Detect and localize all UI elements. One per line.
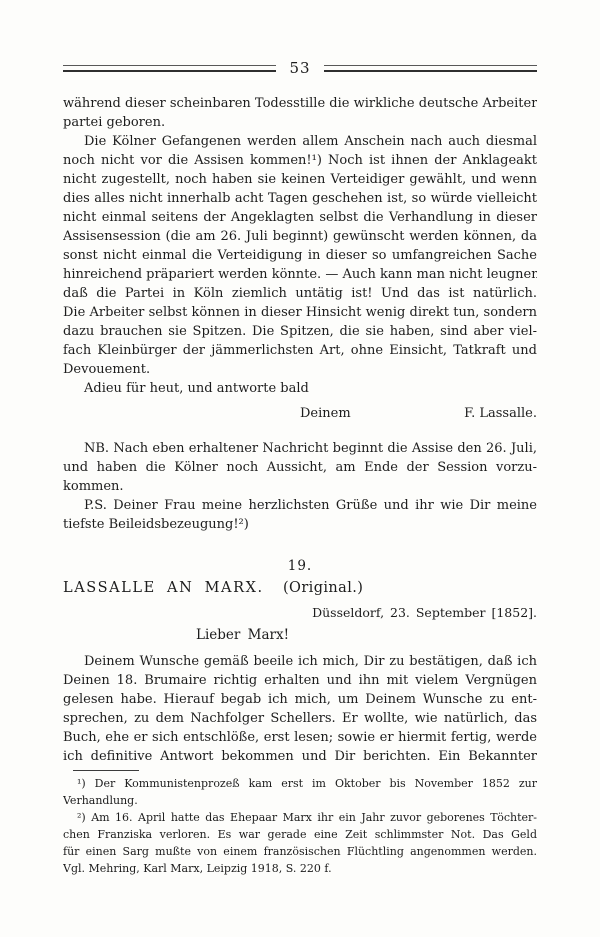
letter19-salutation: Lieber Marx!	[63, 626, 537, 644]
letter18-paragraph-continued: während dieser scheinbaren Todesstille d…	[63, 94, 537, 132]
page-content: 53 während dieser scheinbaren Todesstill…	[63, 58, 537, 877]
letter18-nb-note: NB. Nach eben erhaltener Nachricht begin…	[63, 439, 537, 496]
text-line: fach Kleinbürger der jämmerlichsten Art,…	[63, 341, 537, 360]
letter18-signature: Deinem F. Lassalle.	[63, 404, 537, 423]
text-line: dazu brauchen sie Spitzen. Die Spitzen, …	[63, 322, 537, 341]
text-line: Die Arbeiter selbst können in dieser Hin…	[63, 303, 537, 322]
text-line: kommen.	[63, 477, 537, 496]
signature-deinem: Deinem	[300, 404, 351, 423]
text-line: dies alles nicht innerhalb acht Tagen ge…	[63, 189, 537, 208]
text-line: ich definitive Antwort bekommen und Dir …	[63, 747, 537, 766]
letter19-title-note: (Original.)	[283, 580, 363, 596]
text-line: Devouement.	[63, 360, 537, 379]
text-line: daß die Partei in Köln ziemlich untätig …	[63, 284, 537, 303]
letter19-dateline: Düsseldorf, 23. September [1852].	[63, 604, 537, 621]
signature-lassalle: F. Lassalle.	[464, 404, 537, 423]
text-line: partei geboren.	[63, 113, 537, 132]
text-line: sonst nicht einmal die Verteidigung in d…	[63, 246, 537, 265]
book-page: 53 während dieser scheinbaren Todesstill…	[0, 0, 600, 937]
letter18-closing: Adieu für heut, und antworte bald	[63, 379, 537, 398]
text-line: noch nicht vor die Assisen kommen!¹) Noc…	[63, 151, 537, 170]
text-line: ²) Am 16. April hatte das Ehepaar Marx i…	[63, 809, 537, 826]
head-rule-right	[324, 65, 537, 72]
text-line: sprechen, zu dem Nachfolger Schellers. E…	[63, 709, 537, 728]
text-line: ¹) Der Kommunistenprozeß kam erst im Okt…	[63, 775, 537, 792]
footnote-2: ²) Am 16. April hatte das Ehepaar Marx i…	[63, 809, 537, 877]
text-line: gelesen habe. Hierauf begab ich mich, um…	[63, 690, 537, 709]
text-line: nicht zugestellt, noch haben sie keinen …	[63, 170, 537, 189]
page-number: 53	[289, 58, 310, 78]
letter19-title: LASSALLE AN MARX. (Original.)	[63, 579, 537, 598]
letter18-ps-note: P.S. Deiner Frau meine herzlichsten Grüß…	[63, 496, 537, 534]
letter19-body: Deinem Wunsche gemäß beeile ich mich, Di…	[63, 652, 537, 766]
text-line: tiefste Beileidsbezeugung!²)	[63, 515, 537, 534]
text-line: chen Franziska verloren. Es war gerade e…	[63, 826, 537, 843]
text-line: NB. Nach eben erhaltener Nachricht begin…	[63, 439, 537, 458]
text-line: nicht einmal seitens der Angeklagten sel…	[63, 208, 537, 227]
text-line: Vgl. Mehring, Karl Marx, Leipzig 1918, S…	[63, 860, 537, 877]
text-line: Die Kölner Gefangenen werden allem Ansch…	[63, 132, 537, 151]
text-line: Buch, ehe er sich entschlöße, erst lesen…	[63, 728, 537, 747]
letter19-number: 19.	[63, 558, 537, 575]
text-line: P.S. Deiner Frau meine herzlichsten Grüß…	[63, 496, 537, 515]
text-line: hinreichend präpariert werden könnte. — …	[63, 265, 537, 284]
running-head: 53	[63, 58, 537, 78]
text-line: während dieser scheinbaren Todesstille d…	[63, 94, 537, 113]
footnote-separator-rule	[73, 770, 139, 771]
text-line: und haben die Kölner noch Aussicht, am E…	[63, 458, 537, 477]
text-line: Deinen 18. Brumaire richtig erhalten und…	[63, 671, 537, 690]
text-line: Assisensession (die am 26. Juli beginnt)…	[63, 227, 537, 246]
letter18-paragraph-koelner: Die Kölner Gefangenen werden allem Ansch…	[63, 132, 537, 379]
letter19-title-text: LASSALLE AN MARX.	[63, 580, 264, 596]
text-line: Deinem Wunsche gemäß beeile ich mich, Di…	[63, 652, 537, 671]
text-line: Verhandlung.	[63, 792, 537, 809]
text-line: für einen Sarg mußte von einem französis…	[63, 843, 537, 860]
head-rule-left	[63, 65, 276, 72]
footnote-1: ¹) Der Kommunistenprozeß kam erst im Okt…	[63, 775, 537, 809]
